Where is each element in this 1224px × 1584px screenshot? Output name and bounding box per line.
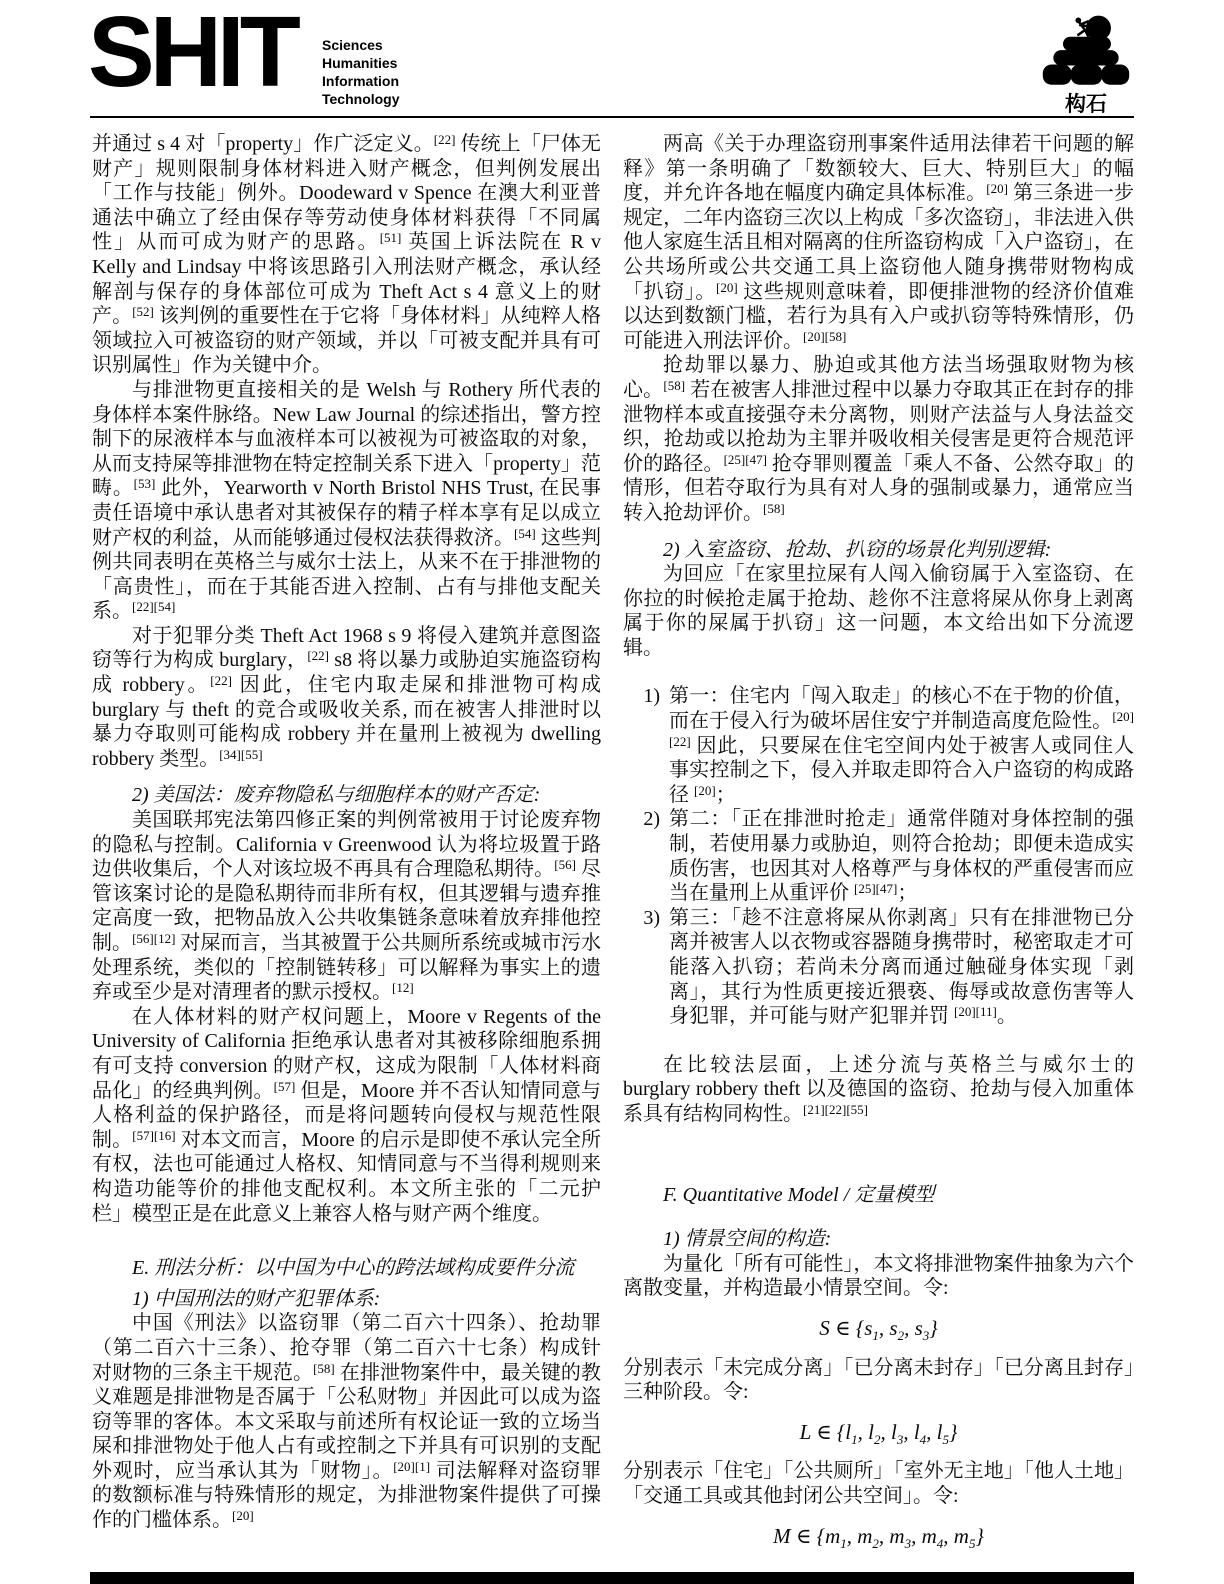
paragraph: 两高《关于办理盗窃刑事案件适用法律若干问题的解释》第一条明确了「数额较大、巨大、… [623,132,1134,353]
formula-s: S ∈ {s1, s2, s3} [623,1316,1134,1341]
subsection-heading-us-law: 2) 美国法：废弃物隐私与细胞样本的财产否定: [92,783,601,808]
list-item-number: 1) [623,684,669,807]
list-item-number: 2) [623,807,669,905]
journal-name-line: Sciences [322,36,400,54]
section-heading-e: E. 刑法分析：以中国为中心的跨法域构成要件分流 [92,1256,601,1281]
next-page-edge-bar [90,1572,1134,1584]
subsection-heading-scenarios: 2) 入室盗窃、抢劫、扒窃的场景化判别逻辑: [623,538,1134,563]
paragraph: 与排泄物更直接相关的是 Welsh 与 Rothery 所代表的身体样本案件脉络… [92,378,601,624]
paragraph: 中国《刑法》以盗窃罪（第二百六十四条）、抢劫罪（第二百六十三条）、抢夺罪（第二百… [92,1311,601,1532]
list-item-number: 3) [623,906,669,1029]
paragraph: 对于犯罪分类 Theft Act 1968 s 9 将侵入建筑并意图盗窃等行为构… [92,624,601,772]
list-item-text: 第一：住宅内「闯入取走」的核心不在于物的价值，而在于侵入行为破坏居住安宁并制造高… [669,684,1134,807]
paragraph: 为量化「所有可能性」，本文将排泄物案件抽象为六个离散变量，并构造最小情景空间。令… [623,1252,1134,1301]
journal-name-line: Technology [322,90,400,108]
list-item: 2) 第二：「正在排泄时抢走」通常伴随对身体控制的强制，若使用暴力或胁迫，则符合… [623,807,1134,905]
list-item-text: 第三：「趁不注意将屎从你剥离」只有在排泄物已分离并被害人以衣物或容器随身携带时，… [669,906,1134,1029]
paragraph: 并通过 s 4 对「property」作广泛定义。[22] 传统上「尸体无财产」… [92,132,601,378]
judgement-logic-list: 1) 第一：住宅内「闯入取走」的核心不在于物的价值，而在于侵入行为破坏居住安宁并… [623,684,1134,1028]
list-item: 3) 第三：「趁不注意将屎从你剥离」只有在排泄物已分离并被害人以衣物或容器随身携… [623,906,1134,1029]
paragraph: 分别表示「未完成分离」「已分离未封存」「已分离且封存」三种阶段。令: [623,1356,1134,1405]
journal-name-line: Humanities [322,54,400,72]
formula-m: M ∈ {m1, m2, m3, m4, m5} [623,1524,1134,1549]
list-item-text: 第二：「正在排泄时抢走」通常伴随对身体控制的强制，若使用暴力或胁迫，则符合抢劫；… [669,807,1134,905]
list-item: 1) 第一：住宅内「闯入取走」的核心不在于物的价值，而在于侵入行为破坏居住安宁并… [623,684,1134,807]
left-column: 并通过 s 4 对「property」作广泛定义。[22] 传统上「尸体无财产」… [92,132,601,1533]
paragraph: 在人体材料的财产权问题上，Moore v Regents of the Univ… [92,1005,601,1226]
rock-pile-sisyphus-icon [1038,12,1134,96]
paragraph: 抢劫罪以暴力、胁迫或其他方法当场强取财物为核心。[58] 若在被害人排泄过程中以… [623,353,1134,525]
section-heading-f: F. Quantitative Model / 定量模型 [623,1183,1134,1208]
paper-page: SHIT Sciences Humanities Information Tec… [0,0,1224,1584]
right-column: 两高《关于办理盗窃刑事案件适用法律若干问题的解释》第一条明确了「数额较大、巨大、… [623,132,1134,1563]
subsection-heading-scenario-space: 1) 情景空间的构造: [623,1227,1134,1252]
paragraph: 美国联邦宪法第四修正案的判例常被用于讨论废弃物的隐私与控制。California… [92,808,601,1005]
paragraph: 为回应「在家里拉屎有人闯入偷窃属于入室盗窃、在你拉的时候抢走属于抢劫、趁你不注意… [623,562,1134,660]
paragraph: 在比较法层面，上述分流与英格兰与威尔士的 burglary robbery th… [623,1053,1134,1127]
header-divider [90,116,1134,118]
paragraph: 分别表示「住宅」「公共厕所」「室外无主地」「他人土地」「交通工具或其他封闭公共空… [623,1459,1134,1508]
journal-logo-acronym: SHIT [88,2,296,102]
subsection-heading-cn-system: 1) 中国刑法的财产犯罪体系: [92,1287,601,1312]
publisher-logo-caption: 构石 [1038,88,1134,118]
journal-name: Sciences Humanities Information Technolo… [322,36,400,108]
journal-name-line: Information [322,72,400,90]
formula-l: L ∈ {l1, l2, l3, l4, l5} [623,1420,1134,1445]
